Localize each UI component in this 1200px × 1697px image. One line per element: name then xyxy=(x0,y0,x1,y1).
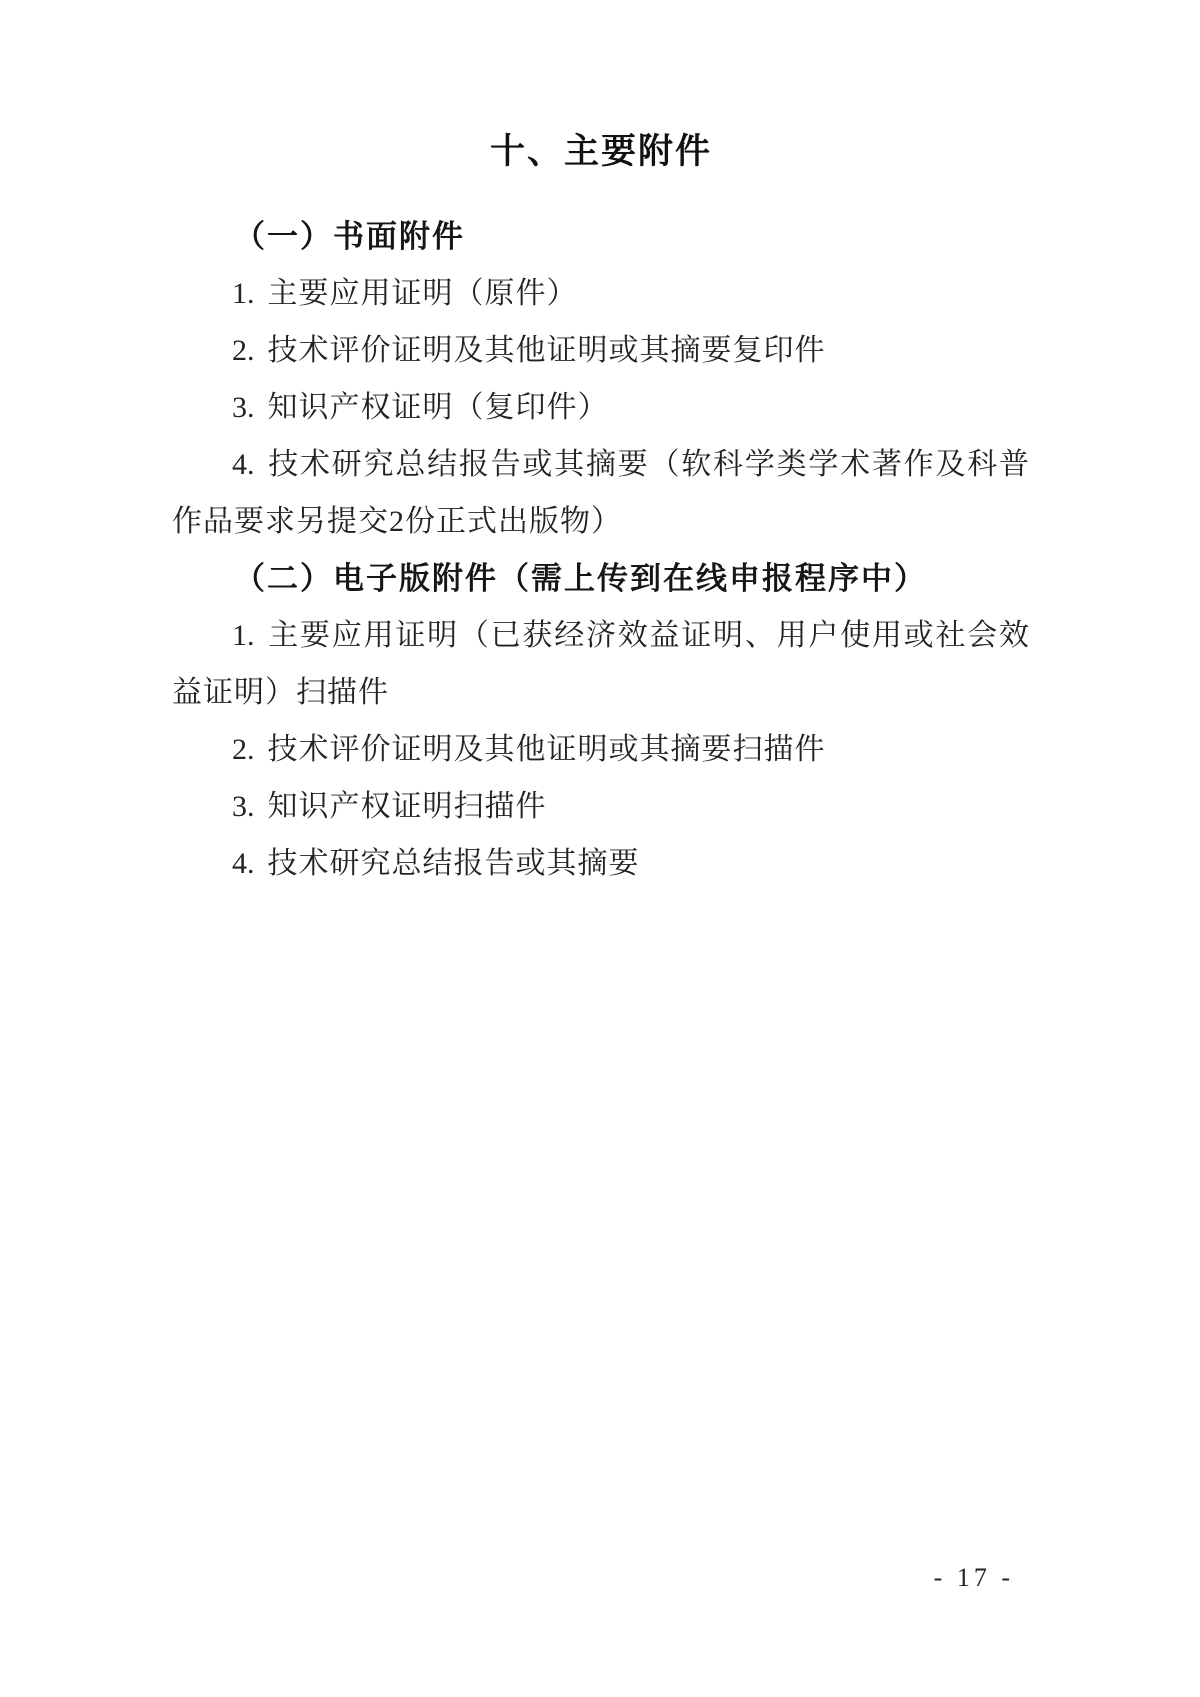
list-item: 3.知识产权证明（复印件） xyxy=(172,379,1030,436)
item-text: 技术研究总结报告或其摘要（软科学类学术著作及科普作品要求另提交2份正式出版物） xyxy=(172,448,1030,538)
page-number: - 17 - xyxy=(934,1563,1014,1593)
item-number: 4. xyxy=(232,448,255,481)
section-heading-electronic-attachments: （二）电子版附件（需上传到在线申报程序中） xyxy=(172,550,1030,607)
item-text: 技术评价证明及其他证明或其摘要复印件 xyxy=(268,334,826,367)
list-item: 4.技术研究总结报告或其摘要 xyxy=(172,835,1030,892)
document-page: 十、主要附件 （一）书面附件 1.主要应用证明（原件） 2.技术评价证明及其他证… xyxy=(0,0,1200,1697)
section-heading-written-attachments: （一）书面附件 xyxy=(172,208,1030,265)
item-number: 3. xyxy=(232,391,255,424)
item-text: 技术研究总结报告或其摘要 xyxy=(268,847,640,880)
item-text: 技术评价证明及其他证明或其摘要扫描件 xyxy=(268,733,826,766)
item-text: 知识产权证明扫描件 xyxy=(268,790,547,823)
list-item: 4.技术研究总结报告或其摘要（软科学类学术著作及科普作品要求另提交2份正式出版物… xyxy=(172,436,1030,550)
item-number: 2. xyxy=(232,334,255,367)
list-item: 2.技术评价证明及其他证明或其摘要扫描件 xyxy=(172,721,1030,778)
item-number: 3. xyxy=(232,790,255,823)
item-text: 主要应用证明（原件） xyxy=(268,277,578,310)
list-item: 1.主要应用证明（已获经济效益证明、用户使用或社会效益证明）扫描件 xyxy=(172,607,1030,721)
list-item: 3.知识产权证明扫描件 xyxy=(172,778,1030,835)
item-text: 主要应用证明（已获经济效益证明、用户使用或社会效益证明）扫描件 xyxy=(172,619,1030,709)
item-text: 知识产权证明（复印件） xyxy=(268,391,609,424)
list-item: 2.技术评价证明及其他证明或其摘要复印件 xyxy=(172,322,1030,379)
item-number: 2. xyxy=(232,733,255,766)
list-item: 1.主要应用证明（原件） xyxy=(172,265,1030,322)
page-title: 十、主要附件 xyxy=(172,128,1030,176)
item-number: 1. xyxy=(232,277,255,310)
item-number: 4. xyxy=(232,847,255,880)
item-number: 1. xyxy=(232,619,255,652)
document-body: （一）书面附件 1.主要应用证明（原件） 2.技术评价证明及其他证明或其摘要复印… xyxy=(172,208,1030,892)
